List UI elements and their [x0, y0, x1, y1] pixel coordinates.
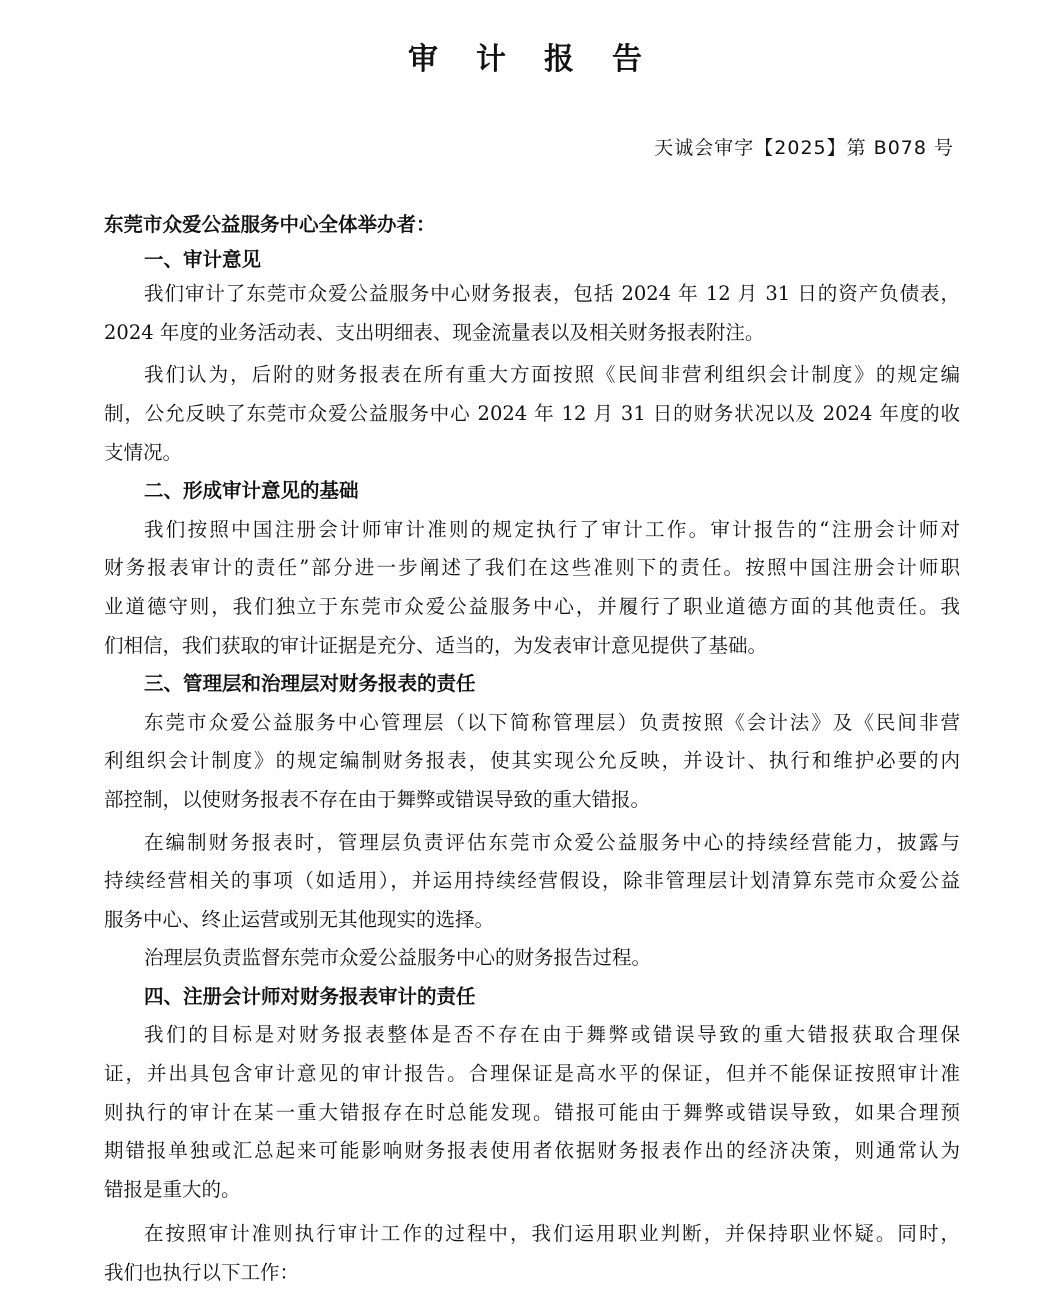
paragraph-line: 部控制，以使财务报表不存在由于舞弊或错误导致的重大错报。: [104, 783, 960, 818]
paragraph-line: 业道德守则，我们独立于东莞市众爱公益服务中心，并履行了职业道德方面的其他责任。我: [104, 590, 960, 625]
document-title: 审计报告: [0, 34, 1050, 78]
section-heading-audit-opinion: 一、审计意见: [104, 243, 960, 278]
paragraph-line: 2024 年度的业务活动表、支出明细表、现金流量表以及相关财务报表附注。: [104, 316, 960, 351]
section-heading-management-responsibility: 三、管理层和治理层对财务报表的责任: [104, 667, 960, 702]
report-number: 天诚会审字【2025】第 B078 号: [654, 133, 954, 160]
document-body: 东莞市众爱公益服务中心全体举办者： 一、审计意见 我们审计了东莞市众爱公益服务中…: [104, 208, 960, 1291]
paragraph-line: 支情况。: [104, 436, 960, 471]
paragraph-line: 持续经营相关的事项（如适用），并运用持续经营假设，除非管理层计划清算东莞市众爱公…: [104, 864, 960, 899]
paragraph-line: 东莞市众爱公益服务中心管理层（以下简称管理层）负责按照《会计法》及《民间非营: [104, 706, 960, 741]
paragraph-line: 我们的目标是对财务报表整体是否不存在由于舞弊或错误导致的重大错报获取合理保: [104, 1018, 960, 1053]
paragraph-line: 制，公允反映了东莞市众爱公益服务中心 2024 年 12 月 31 日的财务状况…: [104, 397, 960, 432]
paragraph-line: 服务中心、终止运营或别无其他现实的选择。: [104, 903, 960, 938]
section-heading-basis-for-opinion: 二、形成审计意见的基础: [104, 474, 960, 509]
paragraph-line: 我们审计了东莞市众爱公益服务中心财务报表，包括 2024 年 12 月 31 日…: [104, 277, 960, 312]
addressee: 东莞市众爱公益服务中心全体举办者：: [104, 208, 960, 243]
paragraph-line: 们相信，我们获取的审计证据是充分、适当的，为发表审计意见提供了基础。: [104, 629, 960, 664]
paragraph-line: 在编制财务报表时，管理层负责评估东莞市众爱公益服务中心的持续经营能力，披露与: [104, 826, 960, 861]
paragraph-line: 在按照审计准则执行审计工作的过程中，我们运用职业判断，并保持职业怀疑。同时，: [104, 1217, 960, 1252]
paragraph-line: 期错报单独或汇总起来可能影响财务报表使用者依据财务报表作出的经济决策，则通常认为: [104, 1134, 960, 1169]
paragraph-line: 则执行的审计在某一重大错报存在时总能发现。错报可能由于舞弊或错误导致，如果合理预: [104, 1096, 960, 1131]
section-heading-auditor-responsibility: 四、注册会计师对财务报表审计的责任: [104, 980, 960, 1015]
paragraph-line: 利组织会计制度》的规定编制财务报表，使其实现公允反映，并设计、执行和维护必要的内: [104, 744, 960, 779]
paragraph-line: 错报是重大的。: [104, 1173, 960, 1208]
paragraph-line: 我们认为，后附的财务报表在所有重大方面按照《民间非营利组织会计制度》的规定编: [104, 358, 960, 393]
paragraph-line: 财务报表审计的责任”部分进一步阐述了我们在这些准则下的责任。按照中国注册会计师职: [104, 551, 960, 586]
paragraph-line: 我们按照中国注册会计师审计准则的规定执行了审计工作。审计报告的“注册会计师对: [104, 513, 960, 548]
paragraph-line: 证，并出具包含审计意见的审计报告。合理保证是高水平的保证，但并不能保证按照审计准: [104, 1057, 960, 1092]
paragraph-line: 我们也执行以下工作：: [104, 1256, 960, 1291]
paragraph-line: 治理层负责监督东莞市众爱公益服务中心的财务报告过程。: [104, 941, 960, 976]
